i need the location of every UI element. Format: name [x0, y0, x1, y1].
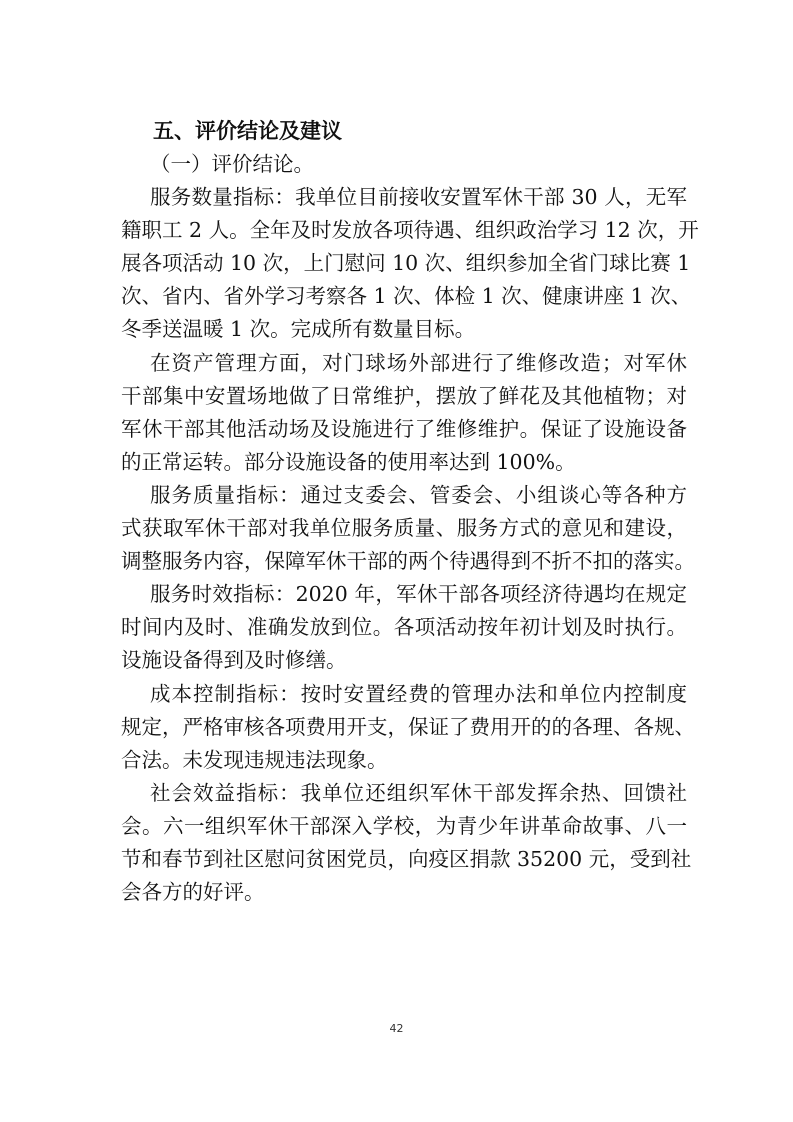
- paragraph-service-timeliness-line: 服务时效指标：2020 年，军休干部各项经济待遇均在规定: [150, 581, 687, 607]
- subsection-heading: （一）评价结论。: [150, 151, 314, 177]
- paragraph-social-benefit-line: 社会效益指标：我单位还组织军休干部发挥余热、回馈社: [150, 780, 687, 806]
- paragraph-social-benefit-line: 会各方的好评。: [121, 879, 687, 905]
- page-number: 42: [0, 1022, 793, 1035]
- paragraph-service-quality-line: 调整服务内容，保障军休干部的两个待遇得到不折不扣的落实。: [121, 548, 687, 574]
- section-heading: 五、评价结论及建议: [153, 118, 342, 144]
- paragraph-asset-management-line: 的正常运转。部分设施设备的使用率达到 100%。: [121, 449, 687, 475]
- paragraph-asset-management-line: 在资产管理方面，对门球场外部进行了维修改造；对军休: [150, 350, 687, 376]
- paragraph-service-quantity-line: 服务数量指标：我单位目前接收安置军休干部 30 人，无军: [150, 184, 687, 210]
- paragraph-cost-control-line: 规定，严格审核各项费用开支，保证了费用开的的各理、各规、: [121, 714, 687, 740]
- paragraph-service-quantity-line: 次、省内、省外学习考察各 1 次、体检 1 次、健康讲座 1 次、: [121, 283, 687, 309]
- paragraph-service-timeliness-line: 设施设备得到及时修缮。: [121, 647, 687, 673]
- paragraph-social-benefit-line: 会。六一组织军休干部深入学校，为青少年讲革命故事、八一: [121, 813, 687, 839]
- paragraph-service-quality-line: 式获取军休干部对我单位服务质量、服务方式的意见和建设，: [121, 515, 687, 541]
- paragraph-social-benefit-line: 节和春节到社区慰问贫困党员，向疫区捐款 35200 元，受到社: [121, 846, 687, 872]
- paragraph-cost-control-line: 成本控制指标：按时安置经费的管理办法和单位内控制度: [150, 681, 687, 707]
- paragraph-service-quantity-line: 籍职工 2 人。全年及时发放各项待遇、组织政治学习 12 次，开: [121, 217, 687, 243]
- paragraph-asset-management-line: 军休干部其他活动场及设施进行了维修维护。保证了设施设备: [121, 416, 687, 442]
- paragraph-service-quality-line: 服务质量指标：通过支委会、管委会、小组谈心等各种方: [150, 482, 687, 508]
- paragraph-cost-control-line: 合法。未发现违规违法现象。: [121, 747, 687, 773]
- paragraph-asset-management-line: 干部集中安置场地做了日常维护，摆放了鲜花及其他植物；对: [121, 383, 687, 409]
- paragraph-service-quantity-line: 冬季送温暖 1 次。完成所有数量目标。: [121, 316, 687, 342]
- paragraph-service-timeliness-line: 时间内及时、准确发放到位。各项活动按年初计划及时执行。: [121, 614, 687, 640]
- document-page: 五、评价结论及建议 （一）评价结论。 服务数量指标：我单位目前接收安置军休干部 …: [0, 0, 793, 1122]
- paragraph-service-quantity-line: 展各项活动 10 次，上门慰问 10 次、组织参加全省门球比赛 1: [121, 250, 687, 276]
